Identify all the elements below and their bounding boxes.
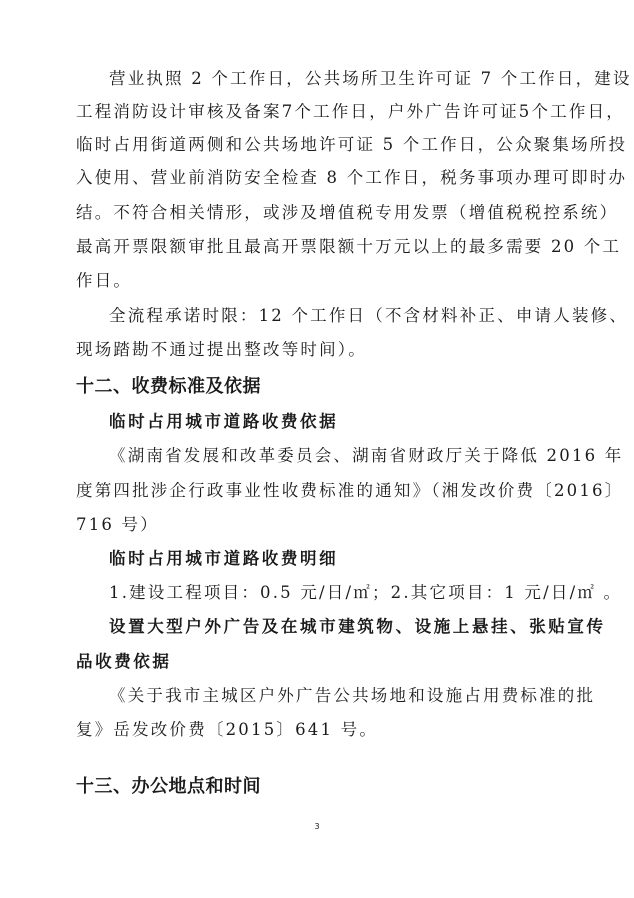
paragraph-line: 营业执照 2 个工作日，公共场所卫生许可证 7 个工作日，建设 <box>109 69 566 89</box>
subheading: 品收费依据 <box>76 652 566 672</box>
paragraph-line: 最高开票限额审批且最高开票限额十万元以上的最多需要 20 个工 <box>76 237 566 257</box>
subheading: 临时占用城市道路收费依据 <box>109 412 566 432</box>
paragraph-line: 《湖南省发展和改革委员会、湖南省财政厅关于降低 2016 年 <box>109 446 566 466</box>
paragraph-line: 工程消防设计审核及备案7个工作日，户外广告许可证5个工作日， <box>76 102 566 122</box>
subheading: 临时占用城市道路收费明细 <box>109 549 566 569</box>
paragraph-line: 716 号） <box>76 515 566 535</box>
paragraph-line: 结。不符合相关情形，或涉及增值税专用发票（增值税税控系统） <box>76 203 566 223</box>
paragraph-line: 度第四批涉企行政事业性收费标准的通知》（湘发改价费〔2016〕 <box>76 481 566 501</box>
section-heading-12: 十二、收费标准及依据 <box>76 376 261 398</box>
subheading: 设置大型户外广告及在城市建筑物、设施上悬挂、张贴宣传 <box>109 617 566 637</box>
paragraph-line: 复》岳发改价费〔2015〕641 号。 <box>76 720 566 740</box>
paragraph-line: 1.建设工程项目：0.5 元/日/㎡；2.其它项目：1 元/日/㎡ 。 <box>109 583 566 603</box>
page-number: 3 <box>0 822 634 831</box>
paragraph-line: 全流程承诺时限：12 个工作日（不含材料补正、申请人装修、 <box>109 306 566 326</box>
section-heading-13: 十三、办公地点和时间 <box>76 776 261 798</box>
paragraph-line: 《关于我市主城区户外广告公共场地和设施占用费标准的批 <box>109 686 566 706</box>
paragraph-line: 现场踏勘不通过提出整改等时间）。 <box>76 340 566 360</box>
paragraph-line: 临时占用街道两侧和公共场地许可证 5 个工作日，公众聚集场所投 <box>76 135 566 155</box>
paragraph-line: 作日。 <box>76 271 566 291</box>
paragraph-line: 入使用、营业前消防安全检查 8 个工作日，税务事项办理可即时办 <box>76 168 566 188</box>
